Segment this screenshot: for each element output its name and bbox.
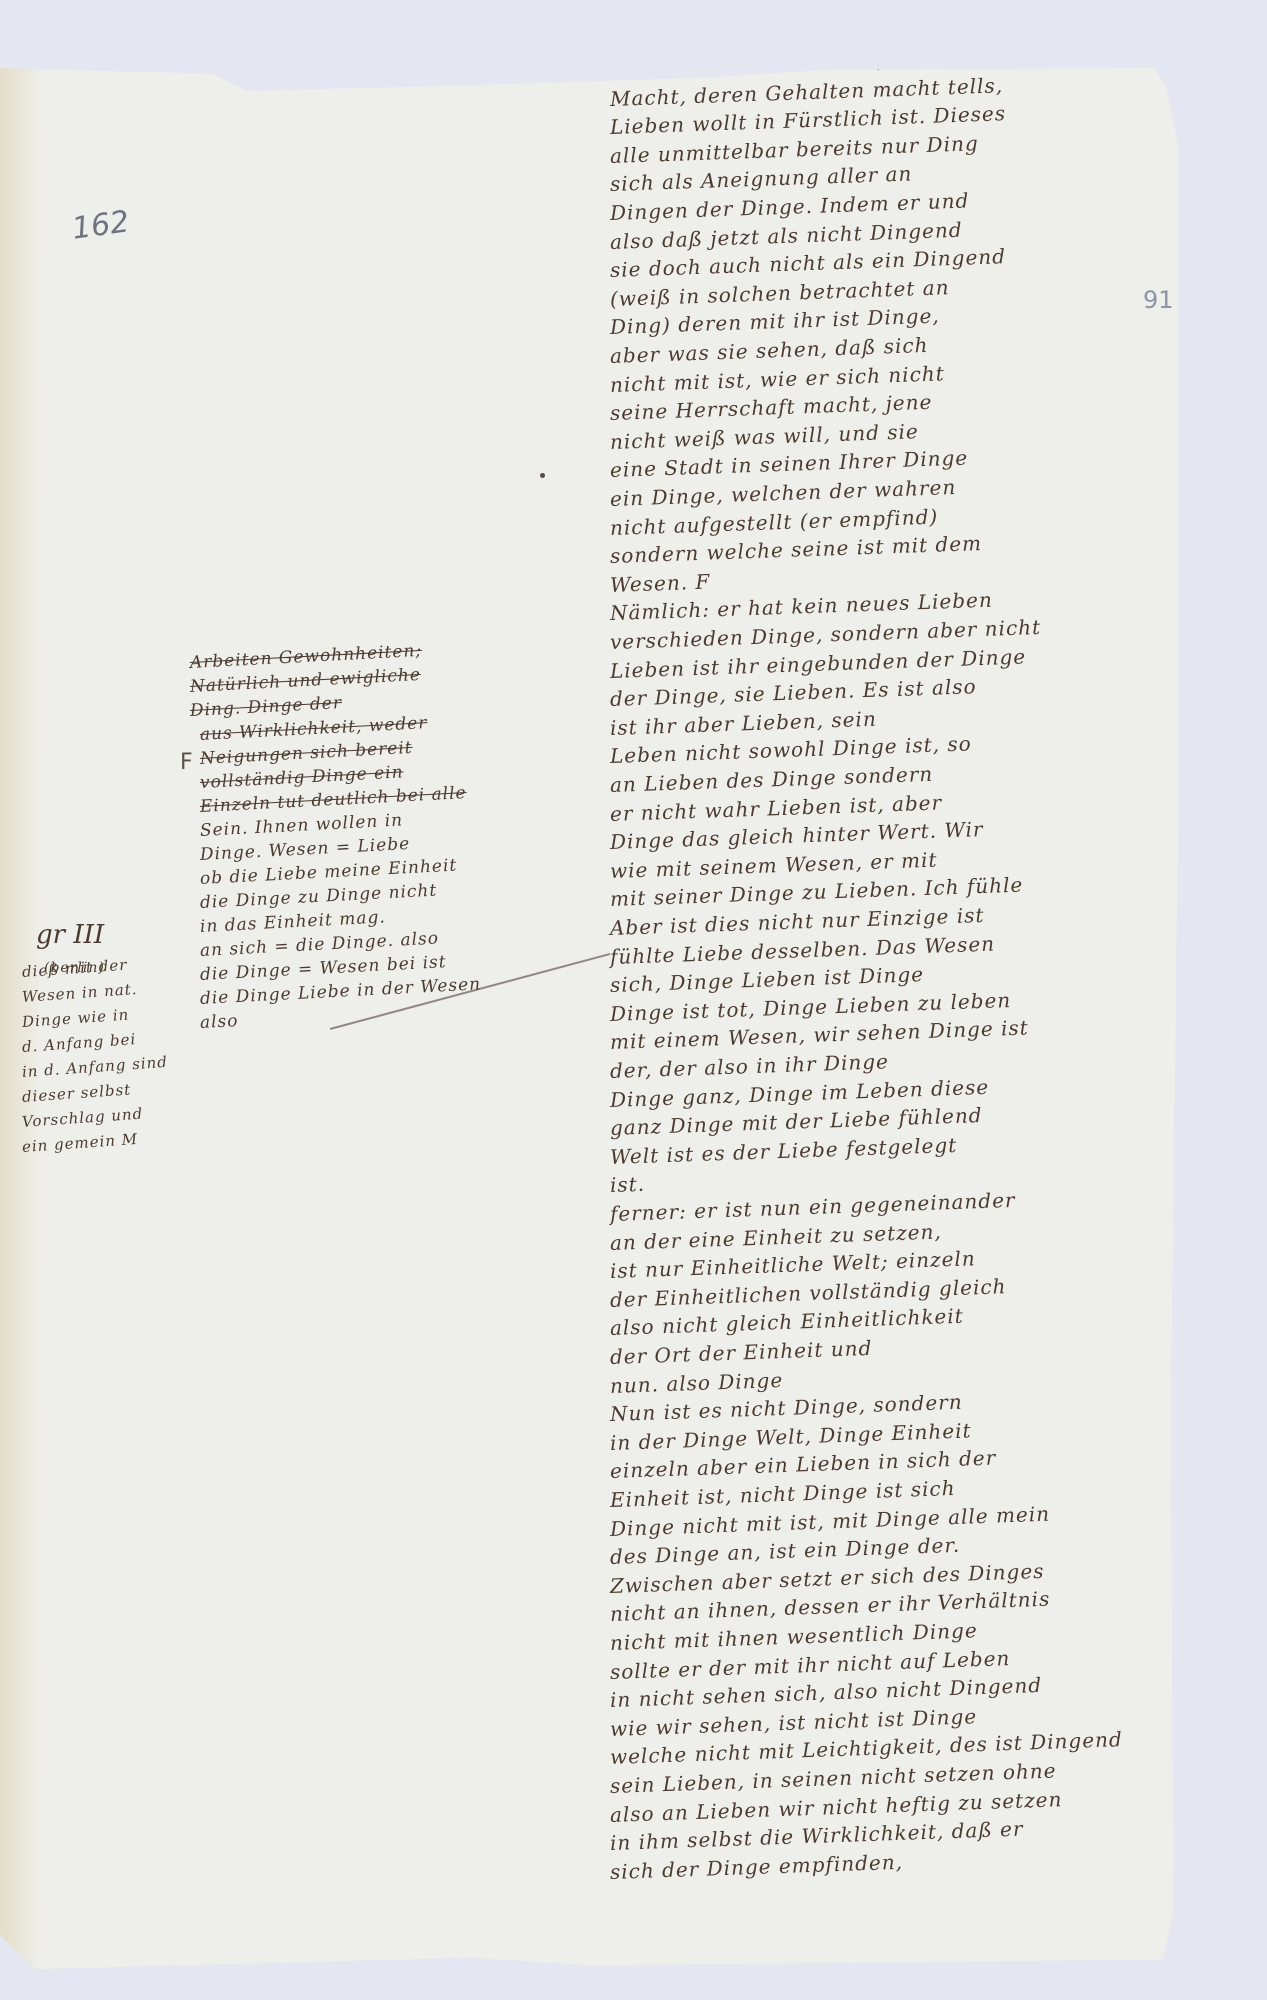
manuscript-line: sich der Dinge empfinden, xyxy=(610,1850,904,1884)
manuscript-line: Dinge wie in xyxy=(21,1006,129,1031)
manuscript-line: Ding. Dinge der xyxy=(189,693,342,721)
manuscript-page: 162 91 F gr III (berlin) welche indirect… xyxy=(0,68,1178,1973)
manuscript-line: Wesen. F xyxy=(610,569,711,596)
roman-note: gr III xyxy=(36,920,104,950)
margin-mark-f: F xyxy=(180,750,193,775)
manuscript-line: also xyxy=(199,1011,239,1033)
manuscript-line: der Ort der Einheit und xyxy=(610,1336,873,1369)
manuscript-line: dieß mit der xyxy=(21,956,128,981)
manuscript-line: der, der also in ihr Dinge xyxy=(610,1049,890,1083)
manuscript-line: ist. xyxy=(610,1172,646,1197)
manuscript-line: in d. Anfang sind xyxy=(21,1053,168,1081)
folio-number: 162 xyxy=(70,204,132,247)
manuscript-line: dieser selbst xyxy=(21,1080,131,1106)
manuscript-line: Vorschlag und xyxy=(21,1105,143,1131)
manuscript-line: ferner: er ist nun ein gegeneinander xyxy=(610,1188,1016,1226)
manuscript-line: d. Anfang bei xyxy=(21,1030,136,1056)
manuscript-line: ist ihr aber Lieben, sein xyxy=(610,706,878,739)
ink-blot xyxy=(540,473,545,478)
manuscript-line: nun. also Dinge xyxy=(610,1368,784,1398)
manuscript-line: Wesen in nat. xyxy=(21,980,138,1006)
page-number: 91 xyxy=(1143,286,1174,314)
manuscript-line: ein gemein M xyxy=(21,1130,138,1156)
